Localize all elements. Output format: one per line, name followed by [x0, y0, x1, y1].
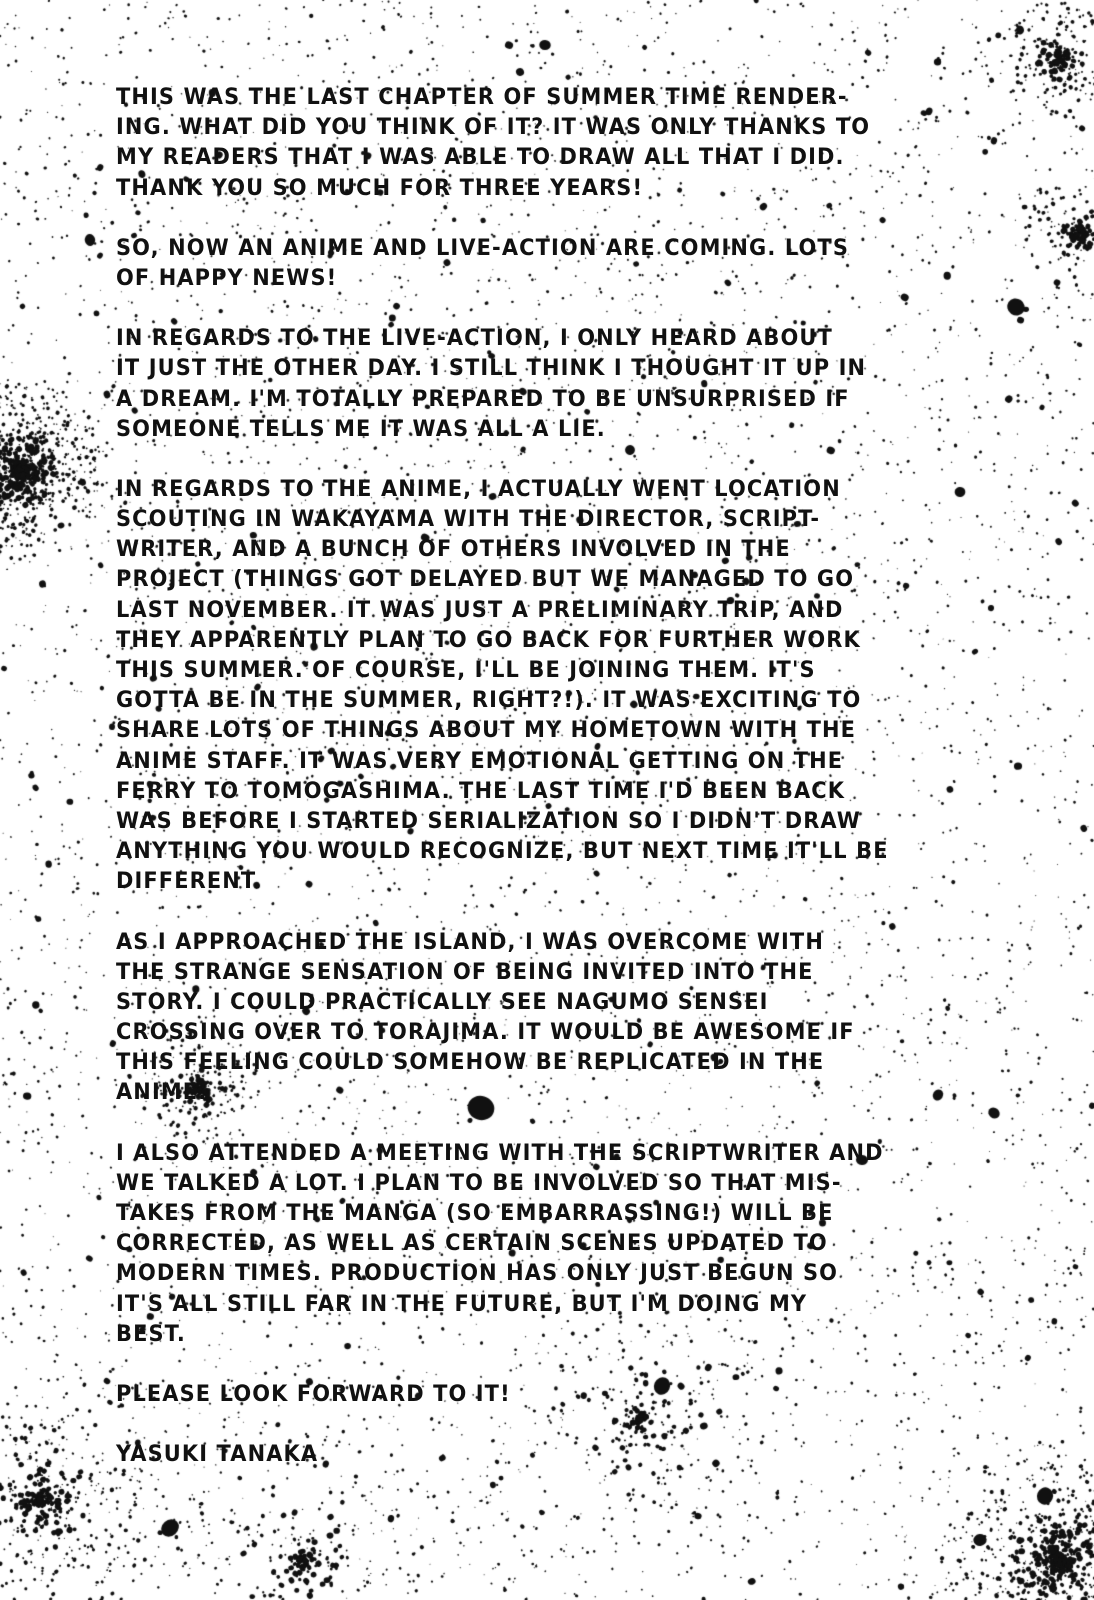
paragraph-news: SO, NOW AN ANIME AND LIVE-ACTION ARE COM…	[116, 233, 966, 293]
text-line: IT JUST THE OTHER DAY. I STILL THINK I T…	[116, 353, 907, 383]
paragraph-island: AS I APPROACHED THE ISLAND, I WAS OVERCO…	[116, 927, 966, 1108]
text-line: OF HAPPY NEWS!	[116, 263, 907, 293]
text-line: THIS SUMMER. OF COURSE, I'LL BE JOINING …	[116, 655, 907, 685]
paragraph-thanks: THIS WAS THE LAST CHAPTER OF SUMMER TIME…	[116, 82, 966, 203]
text-line: IN REGARDS TO THE LIVE-ACTION, I ONLY HE…	[116, 323, 907, 353]
text-line: THIS WAS THE LAST CHAPTER OF SUMMER TIME…	[116, 82, 907, 112]
text-line: WRITER, AND A BUNCH OF OTHERS INVOLVED I…	[116, 534, 907, 564]
text-line: WAS BEFORE I STARTED SERIALIZATION SO I …	[116, 806, 907, 836]
text-line: THEY APPARENTLY PLAN TO GO BACK FOR FURT…	[116, 625, 907, 655]
signature-block: YASUKI TANAKA	[116, 1439, 966, 1469]
text-line: IN REGARDS TO THE ANIME, I ACTUALLY WENT…	[116, 474, 907, 504]
text-line: STORY. I COULD PRACTICALLY SEE NAGUMO SE…	[116, 987, 907, 1017]
text-line: ING. WHAT DID YOU THINK OF IT? IT WAS ON…	[116, 112, 907, 142]
paragraph-live-action: IN REGARDS TO THE LIVE-ACTION, I ONLY HE…	[116, 323, 966, 444]
afterword-text-block: THIS WAS THE LAST CHAPTER OF SUMMER TIME…	[116, 82, 966, 1499]
text-line: SHARE LOTS OF THINGS ABOUT MY HOMETOWN W…	[116, 715, 907, 745]
paragraph-anime-scouting: IN REGARDS TO THE ANIME, I ACTUALLY WENT…	[116, 474, 966, 897]
text-line: BEST.	[116, 1319, 907, 1349]
text-line: A DREAM. I'M TOTALLY PREPARED TO BE UNSU…	[116, 384, 907, 414]
text-line: LAST NOVEMBER. IT WAS JUST A PRELIMINARY…	[116, 595, 907, 625]
text-line: CORRECTED, AS WELL AS CERTAIN SCENES UPD…	[116, 1228, 907, 1258]
text-line: THANK YOU SO MUCH FOR THREE YEARS!	[116, 173, 907, 203]
text-line: DIFFERENT.	[116, 866, 907, 896]
text-line: MY READERS THAT I WAS ABLE TO DRAW ALL T…	[116, 142, 907, 172]
text-line: SCOUTING IN WAKAYAMA WITH THE DIRECTOR, …	[116, 504, 907, 534]
text-line: ANYTHING YOU WOULD RECOGNIZE, BUT NEXT T…	[116, 836, 907, 866]
text-line: MODERN TIMES. PRODUCTION HAS ONLY JUST B…	[116, 1258, 907, 1288]
text-line: PROJECT (THINGS GOT DELAYED BUT WE MANAG…	[116, 564, 907, 594]
author-signature: YASUKI TANAKA	[116, 1439, 907, 1469]
text-line: SO, NOW AN ANIME AND LIVE-ACTION ARE COM…	[116, 233, 907, 263]
text-line: IT'S ALL STILL FAR IN THE FUTURE, BUT I'…	[116, 1289, 907, 1319]
text-line: I ALSO ATTENDED A MEETING WITH THE SCRIP…	[116, 1138, 907, 1168]
text-line: AS I APPROACHED THE ISLAND, I WAS OVERCO…	[116, 927, 907, 957]
text-line: SOMEONE TELLS ME IT WAS ALL A LIE.	[116, 414, 907, 444]
text-line: PLEASE LOOK FORWARD TO IT!	[116, 1379, 907, 1409]
text-line: GOTTA BE IN THE SUMMER, RIGHT?!). IT WAS…	[116, 685, 907, 715]
text-line: CROSSING OVER TO TORAJIMA. IT WOULD BE A…	[116, 1017, 907, 1047]
text-line: WE TALKED A LOT. I PLAN TO BE INVOLVED S…	[116, 1168, 907, 1198]
paragraph-closing: PLEASE LOOK FORWARD TO IT!	[116, 1379, 966, 1409]
paragraph-scriptwriter: I ALSO ATTENDED A MEETING WITH THE SCRIP…	[116, 1138, 966, 1349]
text-line: TAKES FROM THE MANGA (SO EMBARRASSING!) …	[116, 1198, 907, 1228]
text-line: THE STRANGE SENSATION OF BEING INVITED I…	[116, 957, 907, 987]
text-line: ANIME.	[116, 1077, 907, 1107]
text-line: ANIME STAFF. IT WAS VERY EMOTIONAL GETTI…	[116, 746, 907, 776]
text-line: FERRY TO TOMOGASHIMA. THE LAST TIME I'D …	[116, 776, 907, 806]
text-line: THIS FEELING COULD SOMEHOW BE REPLICATED…	[116, 1047, 907, 1077]
